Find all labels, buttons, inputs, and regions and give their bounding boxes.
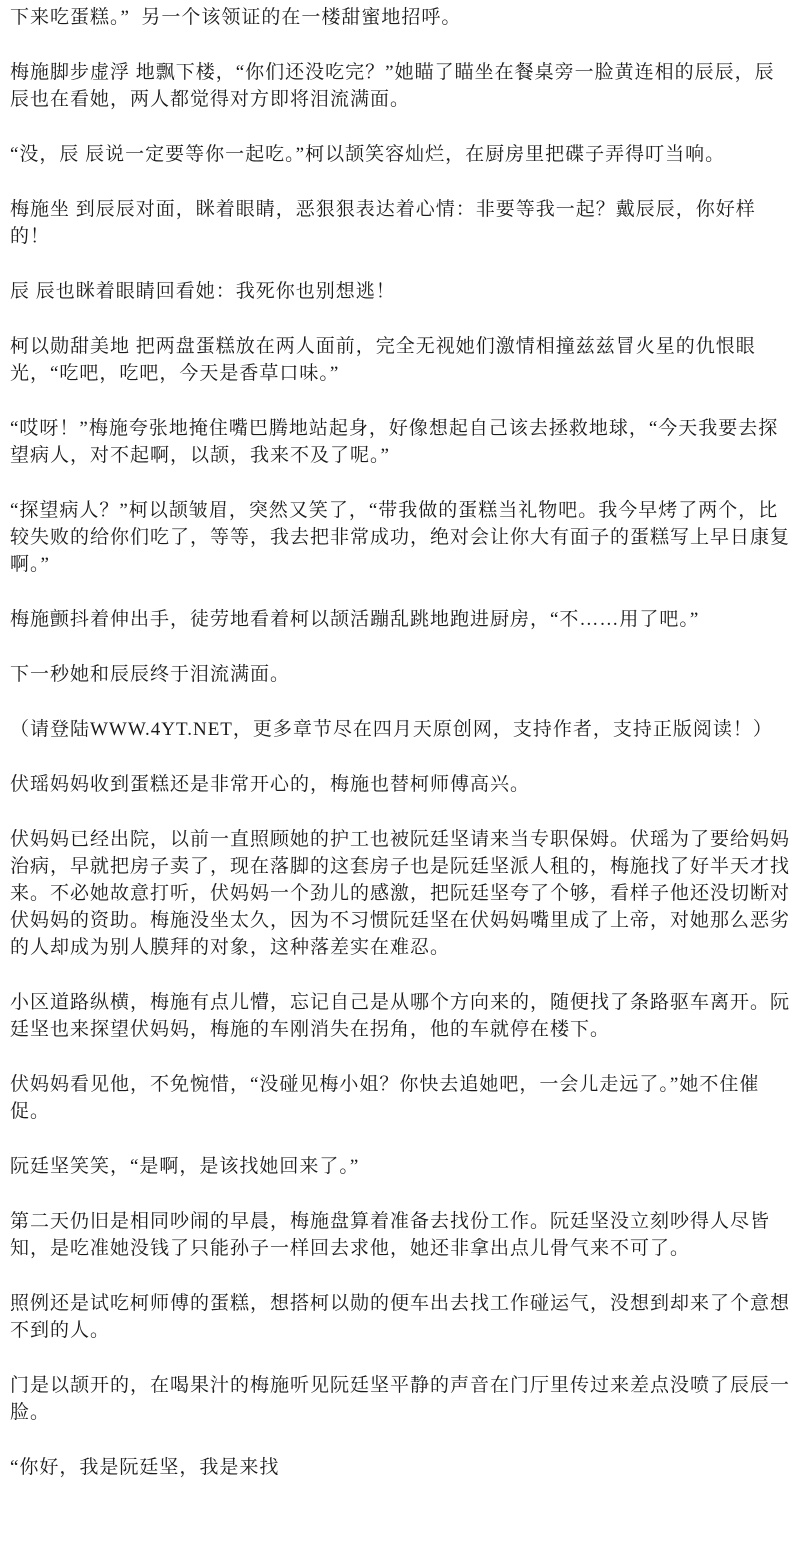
paragraph-16: 阮廷坚笑笑，“是啊，是该找她回来了。” [10, 1153, 790, 1180]
paragraph-18: 照例还是试吃柯师傅的蛋糕，想搭柯以勋的便车出去找工作碰运气，没想到却来了个意想不… [10, 1290, 790, 1344]
paragraph-8: “探望病人？”柯以颉皱眉，突然又笑了，“带我做的蛋糕当礼物吧。我今早烤了两个，比… [10, 497, 790, 578]
paragraph-20: “你好，我是阮廷坚，我是来找 [10, 1454, 790, 1481]
paragraph-12: 伏瑶妈妈收到蛋糕还是非常开心的，梅施也替柯师傅高兴。 [10, 771, 790, 798]
paragraph-1: 下来吃蛋糕。” 另一个该领证的在一楼甜蜜地招呼。 [10, 4, 790, 31]
paragraph-3: “没，辰 辰说一定要等你一起吃。”柯以颉笑容灿烂，在厨房里把碟子弄得叮当响。 [10, 141, 790, 168]
paragraph-17: 第二天仍旧是相同吵闹的早晨，梅施盘算着准备去找份工作。阮廷坚没立刻吵得人尽皆知，… [10, 1208, 790, 1262]
paragraph-14: 小区道路纵横，梅施有点儿懵，忘记自己是从哪个方向来的，随便找了条路驱车离开。阮廷… [10, 989, 790, 1043]
site-notice-paragraph: （请登陆WWW.4YT.NET，更多章节尽在四月天原创网，支持作者，支持正版阅读… [10, 716, 790, 743]
paragraph-4: 梅施坐 到辰辰对面，眯着眼睛，恶狠狠表达着心情：非要等我一起？戴辰辰，你好样的！ [10, 196, 790, 250]
paragraph-7: “哎呀！”梅施夸张地掩住嘴巴腾地站起身，好像想起自己该去拯救地球，“今天我要去探… [10, 415, 790, 469]
paragraph-6: 柯以勋甜美地 把两盘蛋糕放在两人面前，完全无视她们激情相撞兹兹冒火星的仇恨眼光，… [10, 333, 790, 387]
paragraph-2: 梅施脚步虚浮 地飘下楼，“你们还没吃完？”她瞄了瞄坐在餐桌旁一脸黄连相的辰辰，辰… [10, 59, 790, 113]
paragraph-13: 伏妈妈已经出院，以前一直照顾她的护工也被阮廷坚请来当专职保姆。伏瑶为了要给妈妈治… [10, 826, 790, 961]
paragraph-9: 梅施颤抖着伸出手，徒劳地看着柯以颉活蹦乱跳地跑进厨房，“不……用了吧。” [10, 606, 790, 633]
paragraph-5: 辰 辰也眯着眼睛回看她：我死你也别想逃！ [10, 278, 790, 305]
paragraph-19: 门是以颉开的，在喝果汁的梅施听见阮廷坚平静的声音在门厅里传过来差点没喷了辰辰一脸… [10, 1372, 790, 1426]
paragraph-15: 伏妈妈看见他，不免惋惜，“没碰见梅小姐？你快去追她吧，一会儿走远了。”她不住催促… [10, 1071, 790, 1125]
paragraph-10: 下一秒她和辰辰终于泪流满面。 [10, 661, 790, 688]
novel-page: 下来吃蛋糕。” 另一个该领证的在一楼甜蜜地招呼。 梅施脚步虚浮 地飘下楼，“你们… [0, 0, 800, 1558]
